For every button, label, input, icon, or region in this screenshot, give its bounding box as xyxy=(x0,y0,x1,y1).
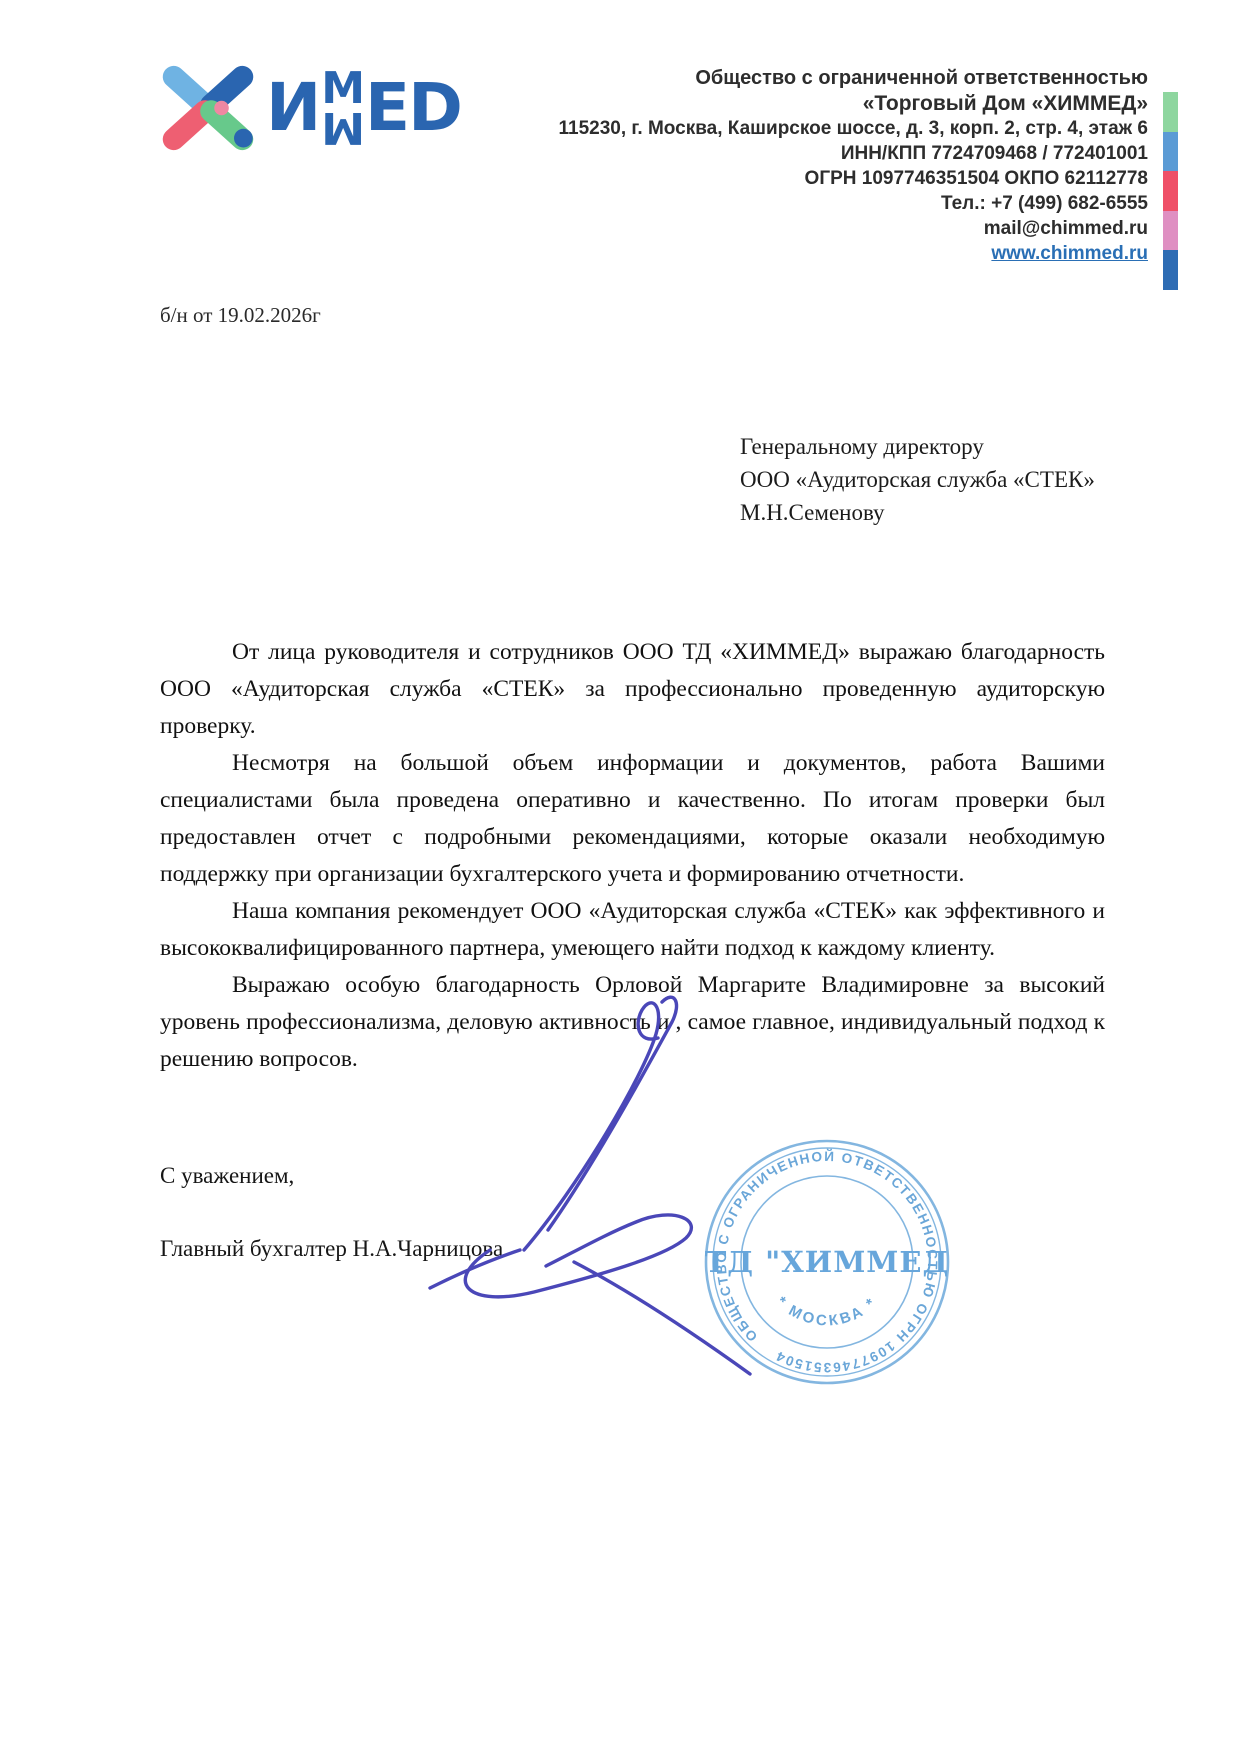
paragraph: От лица руководителя и сотрудников ООО Т… xyxy=(160,634,1105,745)
company-email: mail@chimmed.ru xyxy=(448,216,1148,241)
stamp-center-text: "ТД "ХИММЕД" xyxy=(703,1245,951,1279)
company-inn-kpp: ИНН/КПП 7724709468 / 772401001 xyxy=(448,141,1148,166)
doc-number: б/н от 19.02.2026г xyxy=(160,303,321,328)
logo-stacked-m: М М xyxy=(321,70,363,146)
company-name: «Торговый Дом «ХИММЕД» xyxy=(448,91,1148,116)
letter-page: И М М ЕD Общество с ограниченной ответст… xyxy=(0,0,1240,1754)
addressee-company: ООО «Аудиторская служба «СТЕК» xyxy=(740,463,1095,496)
company-phone: Тел.: +7 (499) 682-6555 xyxy=(448,191,1148,216)
signoff-regards: С уважением, xyxy=(160,1163,294,1189)
chimmed-logo: И М М ЕD xyxy=(156,56,461,160)
colorbar-segment xyxy=(1163,132,1178,172)
company-ogrn-okpo: ОГРН 1097746351504 ОКПО 62112778 xyxy=(448,166,1148,191)
svg-text:* МОСКВА *: * МОСКВА * xyxy=(773,1293,881,1329)
colorbar-segment xyxy=(1163,211,1178,251)
stamp-bottom-text: * МОСКВА * xyxy=(773,1293,881,1329)
logo-x-icon xyxy=(156,56,260,160)
addressee-title: Генеральному директору xyxy=(740,430,1095,463)
addressee-block: Генеральному директору ООО «Аудиторская … xyxy=(740,430,1095,529)
paragraph: Несмотря на большой объем информации и д… xyxy=(160,745,1105,893)
colorbar-segment xyxy=(1163,171,1178,211)
addressee-person: М.Н.Семенову xyxy=(740,496,1095,529)
company-stamp: ОБЩЕСТВО С ОГРАНИЧЕННОЙ ОТВЕТСТВЕННОСТЬЮ… xyxy=(703,1138,951,1386)
company-org-type: Общество с ограниченной ответственностью xyxy=(448,66,1148,91)
colorbar-segment xyxy=(1163,92,1178,132)
paragraph: Наша компания рекомендует ООО «Аудиторск… xyxy=(160,893,1105,967)
company-website-link[interactable]: www.chimmed.ru xyxy=(991,243,1148,264)
logo-m-bottom: М xyxy=(321,108,363,146)
company-details: Общество с ограниченной ответственностью… xyxy=(448,66,1148,266)
logo-letter-ed: ЕD xyxy=(365,75,461,141)
logo-letter-i: И xyxy=(266,75,319,141)
brand-colorbar xyxy=(1163,92,1178,290)
company-address: 115230, г. Москва, Каширское шоссе, д. 3… xyxy=(448,116,1148,141)
colorbar-segment xyxy=(1163,250,1178,290)
